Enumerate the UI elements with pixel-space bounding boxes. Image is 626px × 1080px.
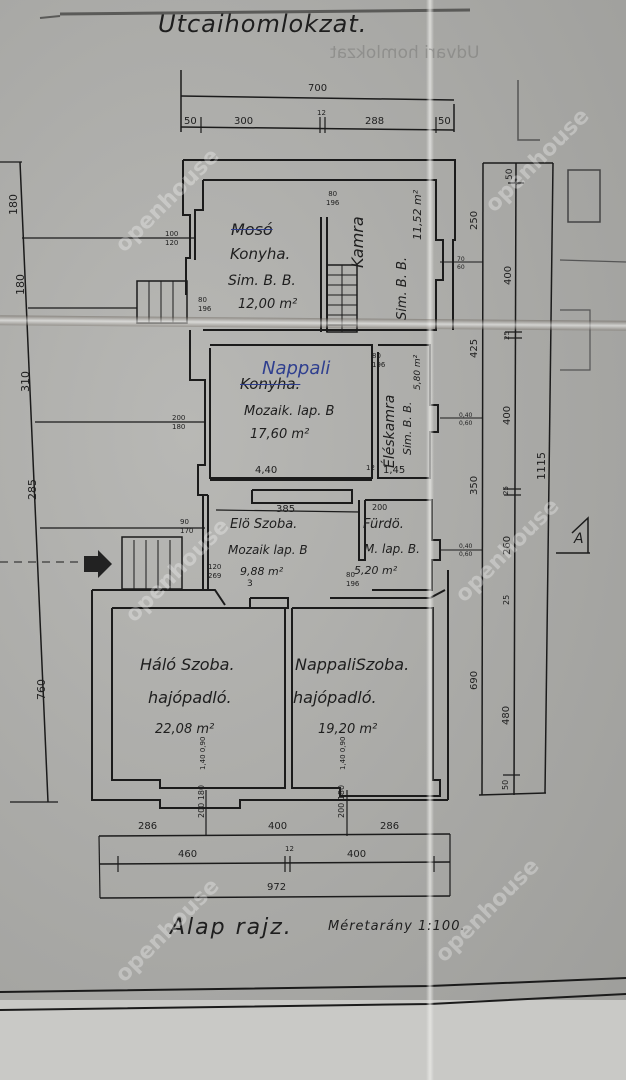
dim-wall-12: 12 xyxy=(366,465,375,472)
room-kamra-floor: Sim. B. B. xyxy=(396,257,409,320)
room-nappaliszoba-area: 19,20 m² xyxy=(318,723,377,736)
room-eloszoba-label: Elö Szoba. xyxy=(230,518,297,531)
room-nappali-area: 17,60 m² xyxy=(250,428,309,441)
room-nappali-crossed-label: Konyha. xyxy=(240,377,300,392)
scale-label: Méretarány 1:100. xyxy=(328,920,466,933)
opening-halo-window: 1,40 0,90 xyxy=(200,737,207,770)
room-kamra-area: 11,52 m² xyxy=(412,190,423,240)
dim-eloszoba-width: 385 xyxy=(276,505,295,515)
dim-right-mid-3: 25 xyxy=(504,331,511,340)
dim-top-seg-2: 300 xyxy=(234,117,253,127)
paper-fold-vertical xyxy=(426,0,434,1080)
dim-left-1: 180 xyxy=(8,194,19,215)
dim-left-5: 760 xyxy=(36,679,47,700)
opening-nappaliszoba-window: 1,40 0,90 xyxy=(340,737,347,770)
dim-left-2: 180 xyxy=(15,274,26,295)
opening-furdo-door: 80196 xyxy=(346,571,359,589)
dim-top-seg-5: 50 xyxy=(438,117,451,127)
dim-right-mid-2: 400 xyxy=(504,266,514,285)
room-nappali-floor: Mozaik. lap. B xyxy=(244,405,334,418)
opening-kitchen-door-left: 80196 xyxy=(198,296,211,314)
dim-bottom-row1-3: 286 xyxy=(380,822,399,832)
opening-kitchen-door-top: 80196 xyxy=(326,190,339,208)
dim-right-mid-8: 480 xyxy=(502,706,512,725)
room-haloszoba-floor: hajópadló. xyxy=(148,690,232,706)
room-konyha-label: Konyha. xyxy=(230,247,290,262)
dim-left-3: 310 xyxy=(20,371,31,392)
dim-right-total: 1115 xyxy=(536,452,547,480)
dim-furdo-width: 200 xyxy=(372,504,387,512)
dim-top-seg-1: 50 xyxy=(184,117,197,127)
dim-right-outer-4: 690 xyxy=(470,671,480,690)
dim-eleskamra-width: 1,45 xyxy=(383,466,405,476)
dim-right-outer-2: 425 xyxy=(470,339,480,358)
dim-nappali-width: 4,40 xyxy=(255,466,277,476)
room-eleskamra-floor: Sim. B. B. xyxy=(402,402,413,455)
room-nappaliszoba-floor: hajópadló. xyxy=(293,690,377,706)
room-furdo-area: 5,20 m² xyxy=(354,565,397,576)
entry-arrow-icon xyxy=(84,550,112,578)
room-eloszoba-floor: Mozaik lap. B xyxy=(228,544,308,556)
room-eleskamra-label: Éléskamra xyxy=(383,395,397,468)
room-eloszoba-area: 9,88 m² xyxy=(240,566,283,577)
dim-eloszoba-extra: 3 xyxy=(247,580,253,589)
room-haloszoba-label: Háló Szoba. xyxy=(140,657,235,673)
opening-eleskamra-window-right: 0,400,60 xyxy=(459,412,472,428)
opening-eloszoba-door-side: 120269 xyxy=(208,563,221,581)
dim-left-4: 285 xyxy=(27,479,38,500)
opening-kamra-window-right: 7060 xyxy=(457,256,465,272)
room-konyha-floor: Sim. B. B. xyxy=(228,274,296,288)
dim-top-seg-4: 288 xyxy=(365,117,384,127)
room-haloszoba-area: 22,08 m² xyxy=(155,723,214,736)
elevation-title: Utcaihomlokzat. xyxy=(158,12,367,36)
dim-right-outer-3: 350 xyxy=(470,476,480,495)
mirrored-elevation-title: Udvari homlokzat xyxy=(330,45,480,62)
room-konyha-crossed-label: Mosó xyxy=(231,222,273,238)
dim-right-mid-7: 25 xyxy=(503,595,511,605)
dim-right-mid-9: 50 xyxy=(502,780,510,790)
dim-bottom-total: 972 xyxy=(267,883,286,893)
room-eleskamra-area: 5,80 m² xyxy=(414,355,423,390)
dim-bottom-row2-1: 460 xyxy=(178,850,197,860)
dim-right-outer-1: 250 xyxy=(470,211,480,230)
room-konyha-area: 12,00 m² xyxy=(238,298,297,311)
dim-right-mid-4: 400 xyxy=(503,406,513,425)
room-furdo-label: Fürdö. xyxy=(363,518,404,531)
section-marker: A xyxy=(574,532,584,546)
opening-entry-door: 90170 xyxy=(180,518,193,536)
dim-bottom-row1-1: 286 xyxy=(138,822,157,832)
dim-bottom-row2-3: 400 xyxy=(347,850,366,860)
opening-nappali-window-left: 200180 xyxy=(172,414,185,432)
opening-bottom-window-right: 200 180 xyxy=(338,785,346,818)
opening-kitchen-window-left: 100120 xyxy=(165,230,178,248)
opening-eleskamra-door: 80196 xyxy=(372,352,385,370)
room-furdo-floor: M. lap. B. xyxy=(364,543,420,555)
dim-right-mid-5: 25 xyxy=(503,486,510,495)
dim-top-overall: 700 xyxy=(308,84,327,94)
opening-bottom-window-left: 200 180 xyxy=(198,785,206,818)
opening-furdo-window-right: 0,400,60 xyxy=(459,543,472,559)
dim-top-seg-3: 12 xyxy=(317,110,326,117)
room-kamra-label: Kamra xyxy=(350,216,366,268)
room-nappaliszoba-label: NappaliSzoba. xyxy=(295,657,409,673)
dim-bottom-row1-2: 400 xyxy=(268,822,287,832)
dim-bottom-row2-2: 12 xyxy=(285,846,294,853)
